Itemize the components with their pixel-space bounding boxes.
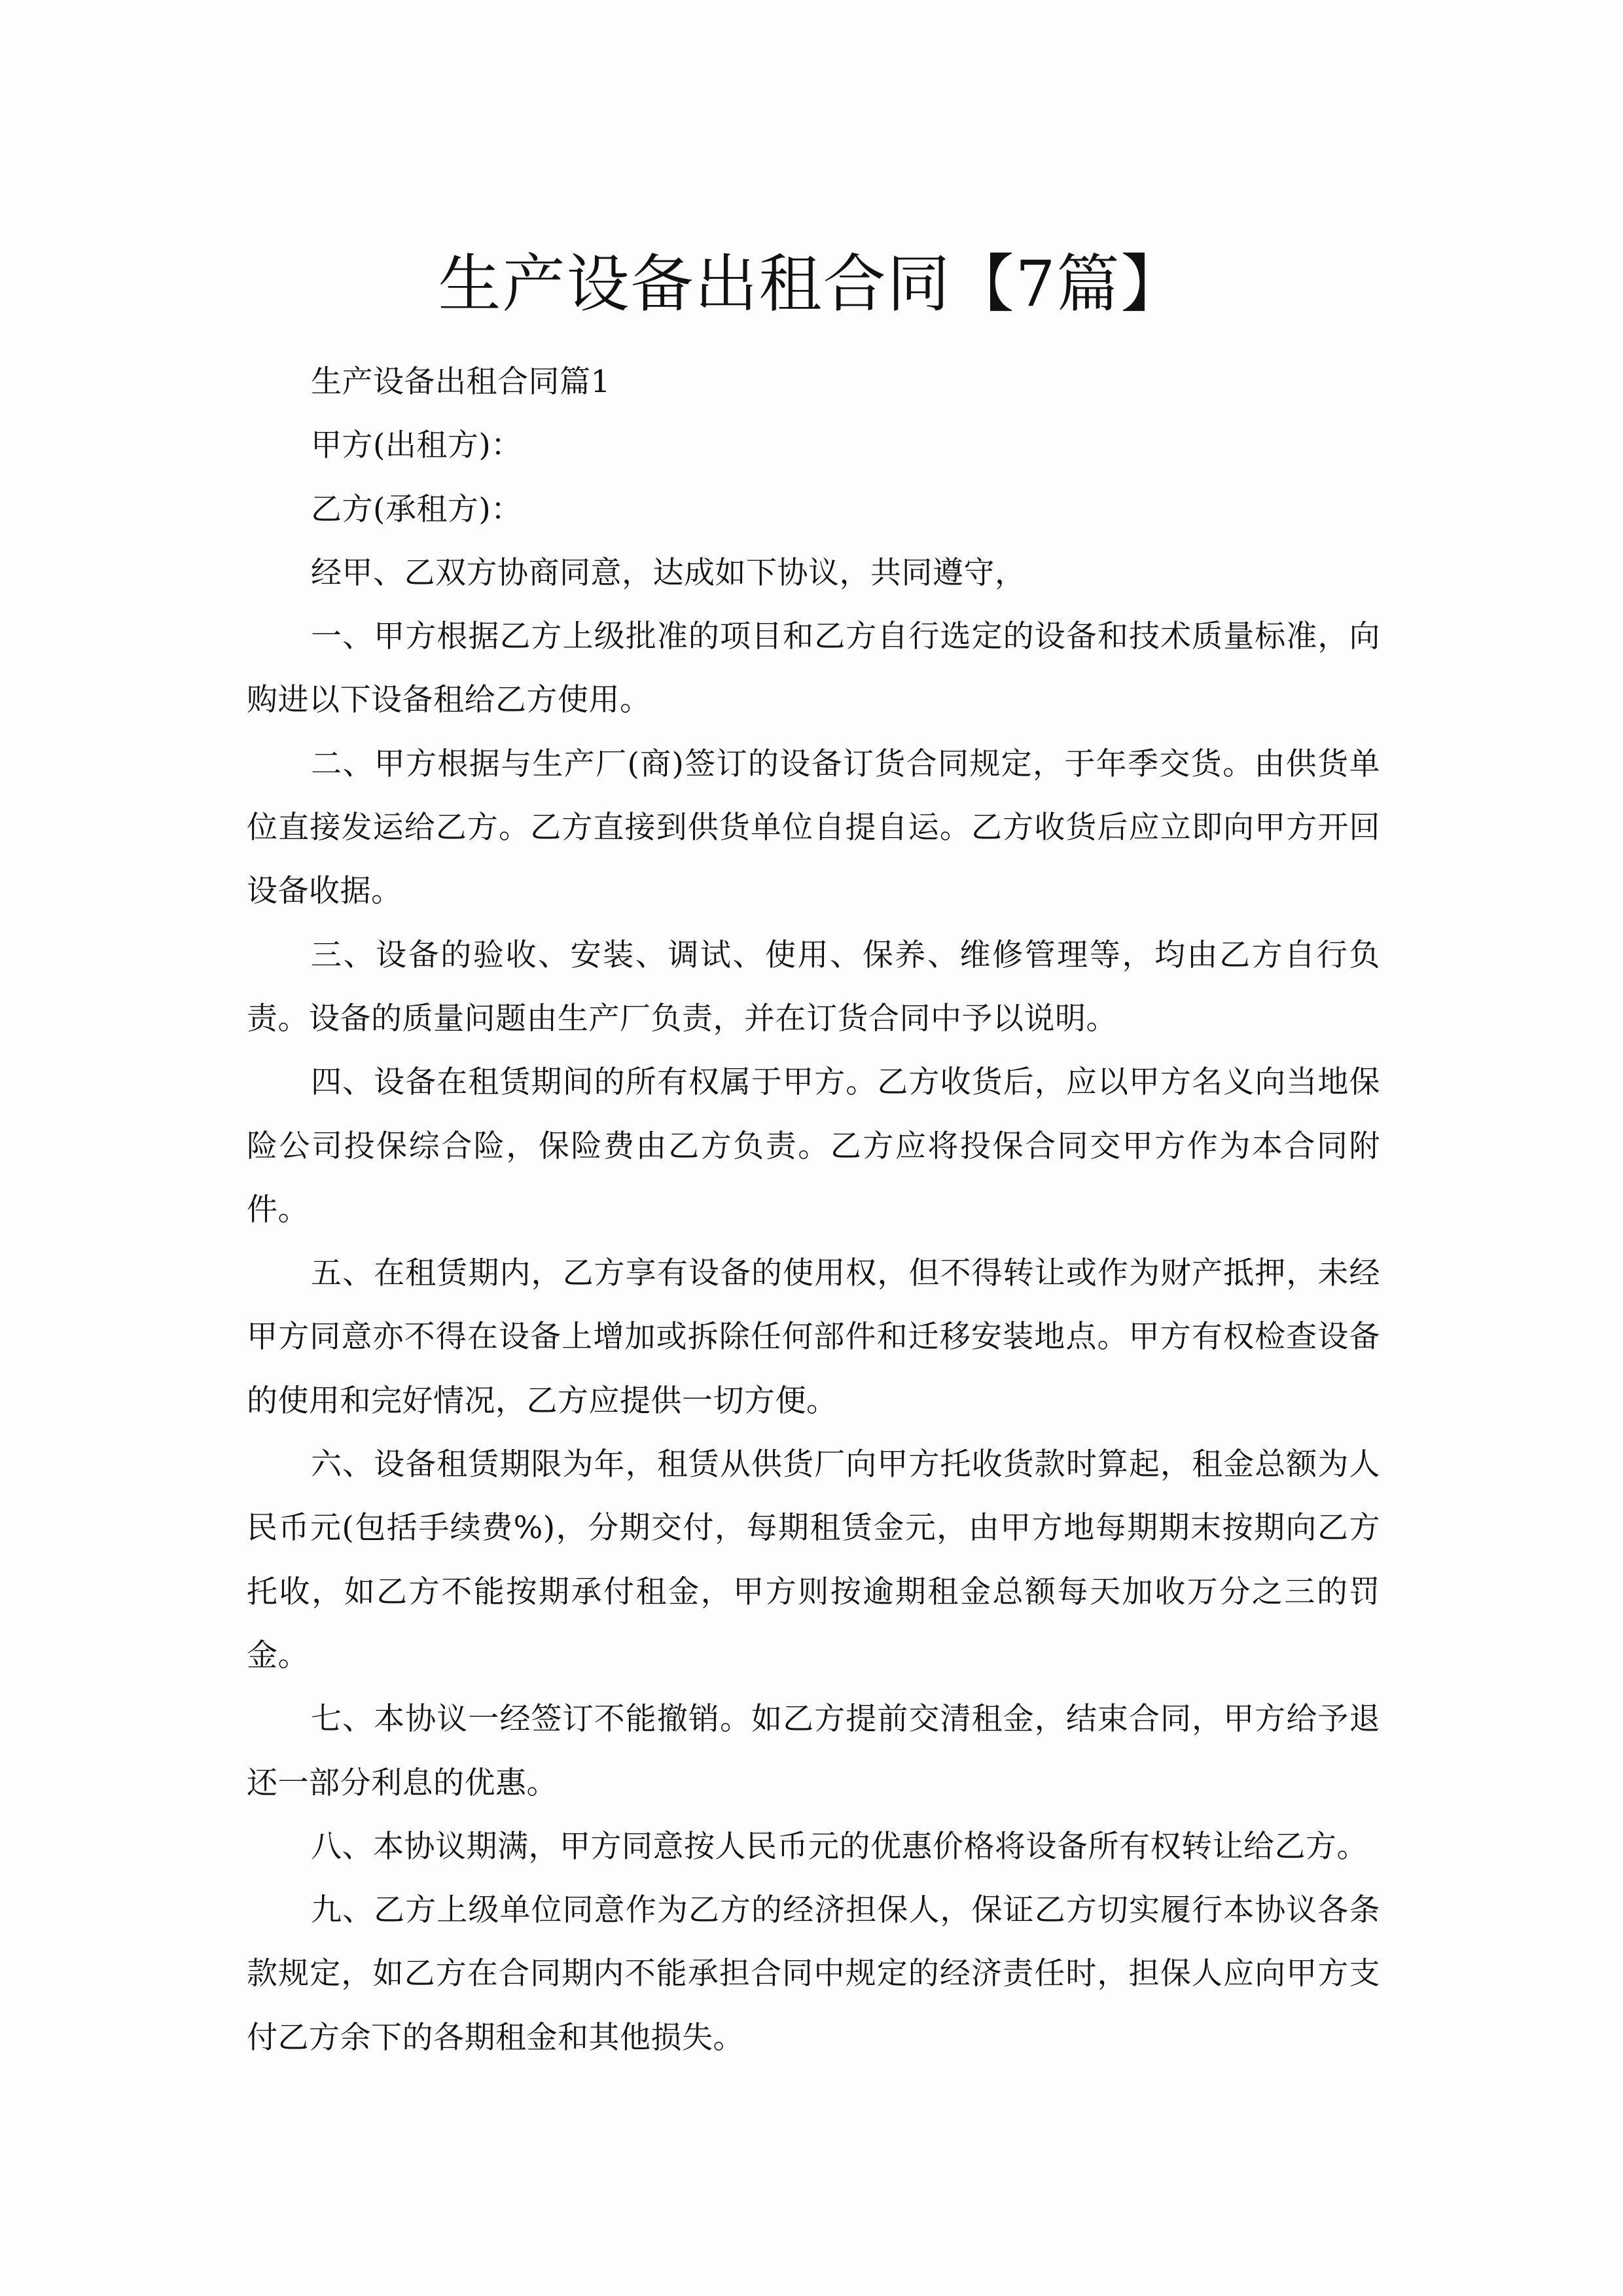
party-b-line: 乙方(承租方)： bbox=[247, 478, 1380, 541]
document-title: 生产设备出租合同【7篇】 bbox=[0, 238, 1623, 330]
clause-9: 九、乙方上级单位同意作为乙方的经济担保人，保证乙方切实履行本协议各条款规定，如乙… bbox=[247, 1878, 1380, 2070]
clause-3: 三、设备的验收、安装、调试、使用、保养、维修管理等，均由乙方自行负责。设备的质量… bbox=[247, 924, 1380, 1051]
section-heading: 生产设备出租合同篇1 bbox=[247, 350, 1380, 414]
clause-4: 四、设备在租赁期间的所有权属于甲方。乙方收货后，应以甲方名义向当地保险公司投保综… bbox=[247, 1050, 1380, 1242]
document-body: 生产设备出租合同篇1 甲方(出租方)： 乙方(承租方)： 经甲、乙双方协商同意，… bbox=[247, 350, 1380, 2070]
clause-8: 八、本协议期满，甲方同意按人民币元的优惠价格将设备所有权转让给乙方。 bbox=[247, 1815, 1380, 1878]
clause-2: 二、甲方根据与生产厂(商)签订的设备订货合同规定，于年季交货。由供货单位直接发运… bbox=[247, 732, 1380, 924]
clause-1: 一、甲方根据乙方上级批准的项目和乙方自行选定的设备和技术质量标准，向购进以下设备… bbox=[247, 605, 1380, 732]
clause-6: 六、设备租赁期限为年，租赁从供货厂向甲方托收货款时算起，租金总额为人民币元(包括… bbox=[247, 1433, 1380, 1687]
preamble-paragraph: 经甲、乙双方协商同意，达成如下协议，共同遵守， bbox=[247, 541, 1380, 605]
clause-7: 七、本协议一经签订不能撤销。如乙方提前交清租金，结束合同，甲方给予退还一部分利息… bbox=[247, 1687, 1380, 1815]
party-a-line: 甲方(出租方)： bbox=[247, 414, 1380, 477]
document-page: 生产设备出租合同【7篇】 生产设备出租合同篇1 甲方(出租方)： 乙方(承租方)… bbox=[0, 0, 1623, 2296]
clause-5: 五、在租赁期内，乙方享有设备的使用权，但不得转让或作为财产抵押，未经甲方同意亦不… bbox=[247, 1242, 1380, 1433]
